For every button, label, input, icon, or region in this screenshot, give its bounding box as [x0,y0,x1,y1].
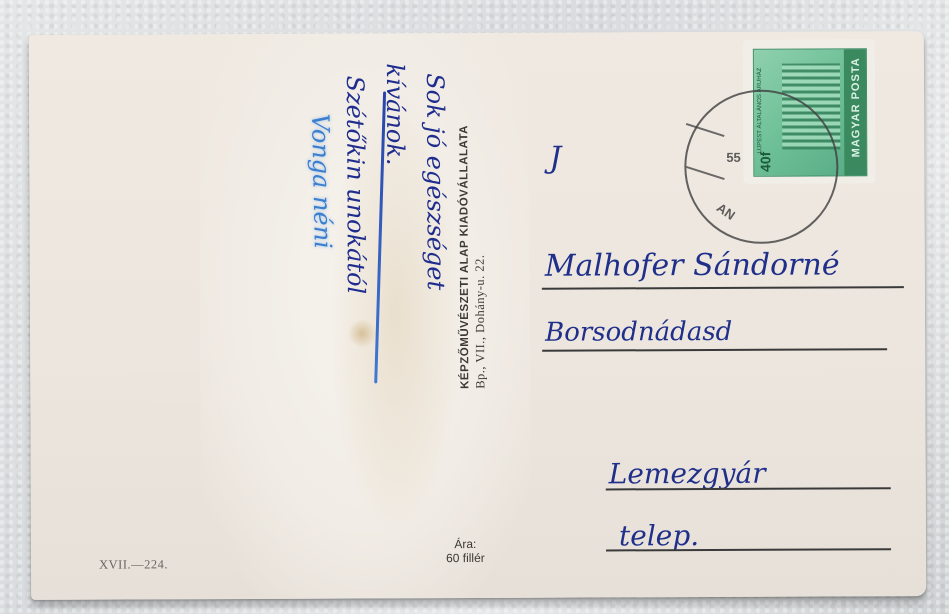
publisher-name: KÉPZŐMŰVÉSZETI ALAP KIADÓVÁLLALATA [458,125,471,389]
address-line-town: Borsodnádasd [545,317,732,348]
address-line-street: Lemezgyár [609,457,766,491]
recipient-mark: J [549,141,561,176]
address-line-suffix: telep. [619,519,699,552]
address-rule [606,548,891,551]
message-line: Szétőkin unokától [341,75,370,294]
postmark-circle: 55 AN [684,89,839,244]
message-line: kívánok. [381,63,409,165]
handwritten-message: Sok jó egészséget kívánok. Szétőkin unok… [199,53,471,494]
stamp-country: MAGYAR POSTA [850,57,862,157]
series-number: XVII.—224. [99,557,168,572]
price-caption: Ára: [446,537,485,551]
publisher-address: Bp., VII., Dohány-u. 22. [473,254,488,388]
publisher-imprint: KÉPZŐMŰVÉSZETI ALAP KIADÓVÁLLALATA Bp., … [457,125,488,389]
address-rule [542,286,904,289]
price-label: Ára: 60 fillér [446,537,485,565]
price-value: 60 fillér [446,551,485,565]
postmark-date: 55 [726,150,741,165]
postcard-back: Sok jó egészséget kívánok. Szétőkin unok… [29,31,926,600]
address-line-name: Malhofer Sándorné [545,247,840,283]
address-rule [542,348,887,351]
message-line-signature: Vonga néni [306,113,337,249]
message-line: Sok jó egészséget [421,73,450,290]
postmark-text: AN [714,200,738,223]
